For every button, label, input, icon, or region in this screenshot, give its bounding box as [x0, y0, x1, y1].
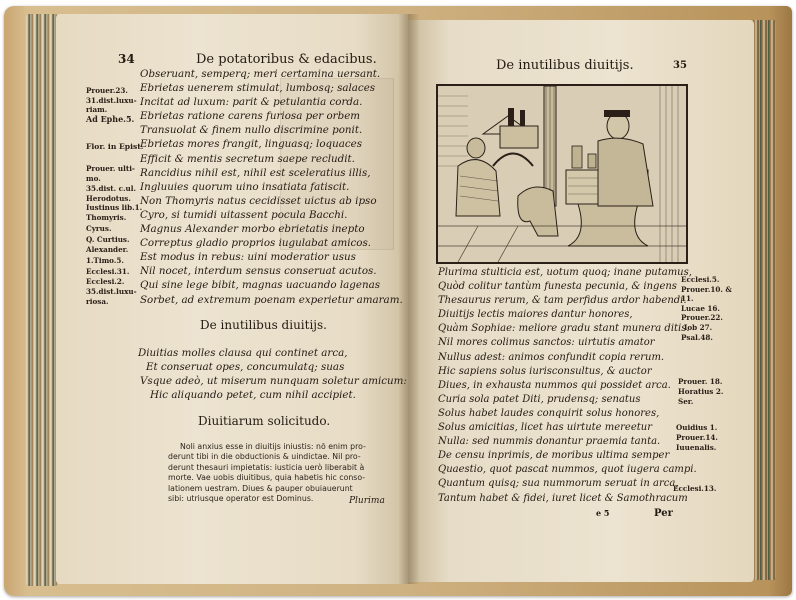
gutter-shadow [398, 14, 420, 584]
verse-line: Quantum quisq; sua nummorum seruat in ar… [438, 477, 697, 491]
prose-line: derunt tibi in die obductionis & uindict… [168, 452, 366, 462]
epigram-verse-block: Diuitias molles clausa qui continet arca… [138, 346, 407, 402]
verse-line: Diuitias molles clausa qui continet arca… [138, 346, 407, 360]
section-heading-solicitudo: Diuitiarum solicitudo. [198, 414, 330, 428]
verse-line: Nulla: sed nummis donantur praemia tanta… [438, 435, 697, 449]
verse-line: Ingluuies quorum uino insatiata fatiscit… [140, 180, 403, 194]
marginal-note: Iuuenalis. [676, 443, 718, 453]
prose-line: derunt thesauri impietatis: iusticia uer… [168, 463, 366, 473]
prose-line: morte. Vae uobis diuitibus, quia habetis… [168, 473, 366, 483]
marginal-note: Ser. [678, 397, 723, 407]
verse-line: Sorbet, ad extremum poenam experietur am… [140, 293, 403, 307]
verse-line: Non Thomyris natus cecidisset uictus ab … [140, 194, 403, 208]
marginal-note: Prouer.10. & [681, 285, 732, 295]
verse-line: Diues, in exhausta nummos qui possidet a… [438, 379, 697, 393]
verse-line: Cyro, si tumidi uitassent pocula Bacchi. [140, 208, 403, 222]
verse-line: Curia sola patet Diti, prudensq; senatus [438, 393, 697, 407]
verse-line: Nullus adest: animos confundit copia rer… [438, 351, 697, 365]
marginal-note: Prouer.14. [676, 433, 718, 443]
marginal-note: Iob 27. [681, 323, 732, 333]
right-catchword: Per [654, 508, 673, 519]
verse-line: Hic aliquando petet, cum nihil accipiet. [138, 388, 407, 402]
marginal-note: 11. [681, 294, 732, 304]
right-verse-block: Plurima stulticia est, uotum quoq; inane… [438, 266, 697, 506]
verse-line: Obseruant, semperq; meri certamina uersa… [140, 67, 403, 81]
marginal-note: Cyrus. [86, 224, 111, 235]
left-verse-block: Obseruant, semperq; meri certamina uersa… [140, 67, 403, 307]
left-page-edges [26, 14, 58, 586]
marginal-notes-group-1: Ecclesi.5. Prouer.10. & 11. Lucae 16. Pr… [681, 275, 732, 342]
verse-line: Plurima stulticia est, uotum quoq; inane… [438, 266, 697, 280]
verse-line: De censu inprimis, de moribus ultima sem… [438, 449, 697, 463]
marginal-note: Horatius 2. [678, 387, 723, 397]
left-page-number: 34 [118, 52, 135, 66]
verse-line: Efficit & mentis secretum saepe recludit… [140, 152, 403, 166]
marginal-note: Flor. in Epist. [86, 142, 143, 153]
verse-line: Quòd colitur tantùm funesta pecunia, & i… [438, 280, 697, 294]
marginal-note: riosa. [86, 297, 109, 308]
left-catchword: Plurima [349, 496, 385, 506]
verse-line: Est modus in rebus: uini moderatior usus [140, 250, 403, 264]
marginal-note: Psal.48. [681, 333, 732, 343]
verse-line: Tantum habet & fidei, iuret licet & Samo… [438, 492, 697, 506]
right-running-head: De inutilibus diuitijs. [496, 58, 634, 73]
verse-line: Incitat ad luxum: parit & petulantia cor… [140, 95, 403, 109]
verse-line: Diuitijs lectis maiores dantur honores, [438, 308, 697, 322]
marginal-note: Lucae 16. [681, 304, 732, 314]
section-heading-de-inutilibus: De inutilibus diuitijs. [200, 318, 327, 332]
verse-line: Solus amicitias, licet has uirtute meree… [438, 421, 697, 435]
marginal-note: Prouer.23. [86, 86, 128, 97]
marginal-note: mo. [86, 174, 101, 185]
left-running-head: De potatoribus & edacibus. [196, 52, 377, 67]
marginal-notes-group-3: Ouidius 1. Prouer.14. Iuuenalis. [676, 423, 718, 452]
marginal-note: Prouer. ulti- [86, 164, 135, 175]
marginal-note: Thomyris. [86, 213, 126, 224]
verse-line: Et conseruat opes, concumulatq; suas [138, 360, 407, 374]
verse-line: Transuolat & finem nullo discrimine poni… [140, 123, 403, 137]
marginal-note: Alexander. [86, 245, 128, 256]
prose-line: Noli anxius esse in diuitijs iniustis: n… [168, 442, 366, 452]
marginal-note: Iustinus lib.1. [86, 203, 142, 214]
marginal-note: Prouer. 18. [678, 377, 723, 387]
marginal-note: Q. Curtius. [86, 235, 129, 246]
marginal-note: 1.Timo.5. [86, 256, 124, 267]
verse-line: Ebrietas uenerem stimulat, lumbosq; sala… [140, 81, 403, 95]
verse-line: Qui sine lege bibit, magnas uacuando lag… [140, 278, 403, 292]
woodcut-scene-icon [438, 86, 686, 262]
verse-line: Ebrietas mores frangit, linguasq; loquac… [140, 137, 403, 151]
verse-line: Thesaurus rerum, & tam perfidus ardor ha… [438, 294, 697, 308]
marginal-note: Ecclesi.5. [681, 275, 732, 285]
marginal-notes-group-2: Prouer. 18. Horatius 2. Ser. [678, 377, 723, 406]
prose-line: lationem uestram. Diues & pauper obuiaue… [168, 484, 366, 494]
marginal-note: 35.dist.luxu- [86, 287, 137, 298]
verse-line: Nil nocet, interdum sensus conseruat acu… [140, 264, 403, 278]
marginal-note: Prouer.22. [681, 313, 732, 323]
right-page-number: 35 [673, 60, 687, 71]
marginal-note: Ecclesi.31. [86, 267, 129, 278]
marginal-note: Ecclesi.13. [673, 484, 716, 495]
verse-line: Vsque adeò, ut miserum nunquam soletur a… [138, 374, 407, 388]
verse-line: Magnus Alexander morbo ebrietatis inepto [140, 222, 403, 236]
right-page-edges [752, 20, 776, 580]
marginal-note: Ouidius 1. [676, 423, 718, 433]
marginal-note: 35.dist. c.ul. [86, 184, 136, 195]
prose-block: Noli anxius esse in diuitijs iniustis: n… [168, 442, 366, 504]
prose-line: sibi: utriusque operator est Dominus. [168, 494, 366, 504]
verse-line: Solus habet laudes conquirit solus honor… [438, 407, 697, 421]
verse-line: Rancidius nihil est, nihil est scelerati… [140, 166, 403, 180]
woodcut-illustration [436, 84, 688, 264]
marginal-note: Ecclesi.2. [86, 277, 124, 288]
verse-line: Quaestio, quot pascat nummos, quot iuger… [438, 463, 697, 477]
verse-line: Hic sapiens solus iurisconsultus, & auct… [438, 365, 697, 379]
marginal-note: Ad Ephe.5. [86, 114, 134, 125]
verse-line: Ebrietas ratione carens furiosa per orbe… [140, 109, 403, 123]
verse-line: Quàm Sophiae: meliore gradu stant munera… [438, 322, 697, 336]
verse-line: Correptus gladio proprios iugulabat amic… [140, 236, 403, 250]
signature-mark: e 5 [596, 508, 609, 518]
verse-line: Nil mores colimus sanctos: uirtutis amat… [438, 336, 697, 350]
